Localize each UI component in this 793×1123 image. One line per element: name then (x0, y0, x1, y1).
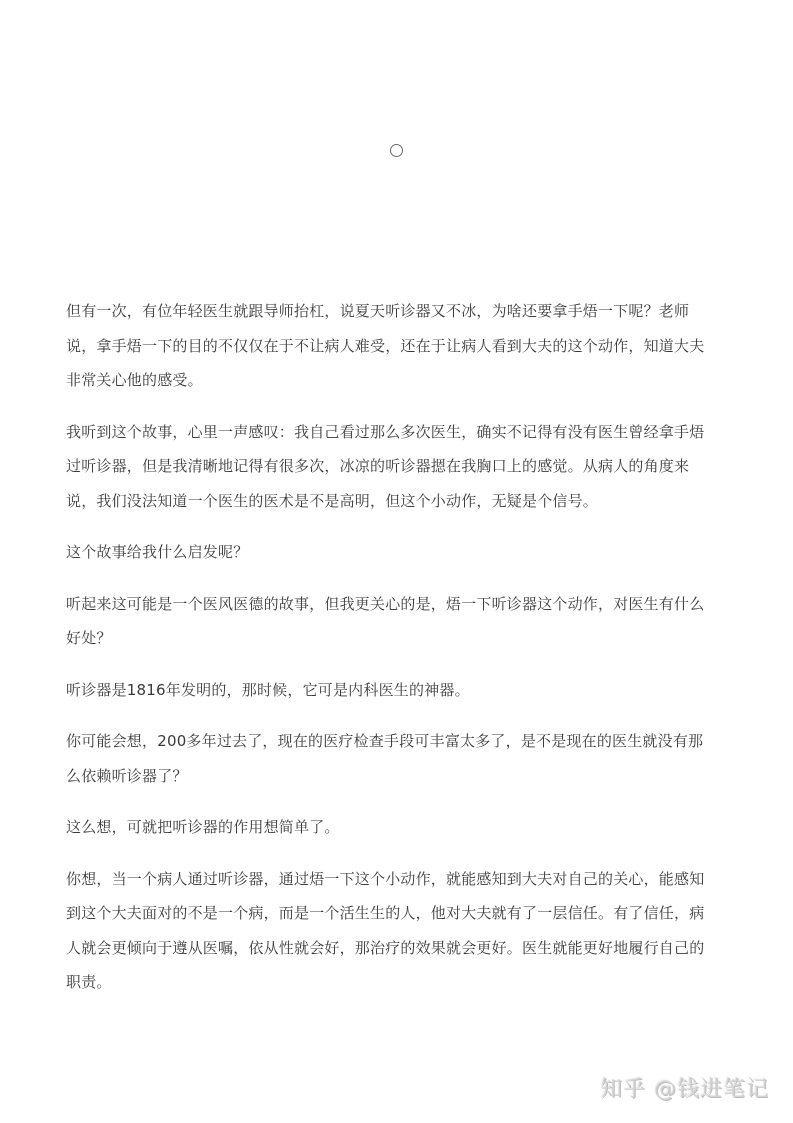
paragraph-1: 但有一次，有位年轻医生就跟导师抬杠，说夏天听诊器又不冰，为啥还要拿手焐一下呢？老… (66, 294, 731, 398)
paragraph-4: 听起来这可能是一个医风医德的故事，但我更关心的是，焐一下听诊器这个动作，对医生有… (66, 587, 731, 656)
text-line: 好处？ (66, 621, 731, 656)
paragraph-gap (66, 398, 731, 415)
text-line: 你可能会想，200多年过去了，现在的医疗检查手段可丰富太多了，是不是现在的医生就… (66, 724, 731, 759)
text-line: 但有一次，有位年轻医生就跟导师抬杠，说夏天听诊器又不冰，为啥还要拿手焐一下呢？老… (66, 294, 731, 329)
text-line: 听起来这可能是一个医风医德的故事，但我更关心的是，焐一下听诊器这个动作，对医生有… (66, 587, 731, 622)
text-line: 这么想，可就把听诊器的作用想简单了。 (66, 810, 731, 845)
paragraph-8: 你想，当一个病人通过听诊器，通过焐一下这个小动作，就能感知到大夫对自己的关心，能… (66, 862, 731, 1000)
paragraph-gap (66, 845, 731, 862)
text-line: 听诊器是1816年发明的，那时候，它可是内科医生的神器。 (66, 673, 731, 708)
text-line: 说，我们没法知道一个医生的医术是不是高明，但这个小动作，无疑是个信号。 (66, 484, 731, 519)
text-line: 非常关心他的感受。 (66, 363, 731, 398)
paragraph-gap (66, 793, 731, 810)
paragraph-6: 你可能会想，200多年过去了，现在的医疗检查手段可丰富太多了，是不是现在的医生就… (66, 724, 731, 793)
text-line: 到这个大夫面对的不是一个病，而是一个活生生的人，他对大夫就有了一层信任。有了信任… (66, 896, 731, 931)
image-loading-circle-icon (390, 144, 403, 157)
paragraph-2: 我听到这个故事，心里一声感叹：我自己看过那么多次医生，确实不记得有没有医生曾经拿… (66, 415, 731, 519)
paragraph-3: 这个故事给我什么启发呢？ (66, 535, 731, 570)
paragraph-gap (66, 656, 731, 673)
article-body: 但有一次，有位年轻医生就跟导师抬杠，说夏天听诊器又不冰，为啥还要拿手焐一下呢？老… (66, 294, 731, 1000)
text-line: 这个故事给我什么启发呢？ (66, 535, 731, 570)
text-line: 职责。 (66, 965, 731, 1000)
text-line: 你想，当一个病人通过听诊器，通过焐一下这个小动作，就能感知到大夫对自己的关心，能… (66, 862, 731, 897)
text-line: 我听到这个故事，心里一声感叹：我自己看过那么多次医生，确实不记得有没有医生曾经拿… (66, 415, 731, 450)
zhihu-watermark: 知乎 @钱进笔记 (600, 1072, 769, 1103)
paragraph-gap (66, 518, 731, 535)
text-line: 人就会更倾向于遵从医嘱，依从性就会好，那治疗的效果就会更好。医生就能更好地履行自… (66, 931, 731, 966)
text-line: 过听诊器，但是我清晰地记得有很多次，冰凉的听诊器摁在我胸口上的感觉。从病人的角度… (66, 449, 731, 484)
paragraph-5: 听诊器是1816年发明的，那时候，它可是内科医生的神器。 (66, 673, 731, 708)
paragraph-gap (66, 570, 731, 587)
text-line: 么依赖听诊器了？ (66, 759, 731, 794)
paragraph-gap (66, 707, 731, 724)
text-line: 说，拿手焐一下的目的不仅仅在于不让病人难受，还在于让病人看到大夫的这个动作，知道… (66, 329, 731, 364)
paragraph-7: 这么想，可就把听诊器的作用想简单了。 (66, 810, 731, 845)
